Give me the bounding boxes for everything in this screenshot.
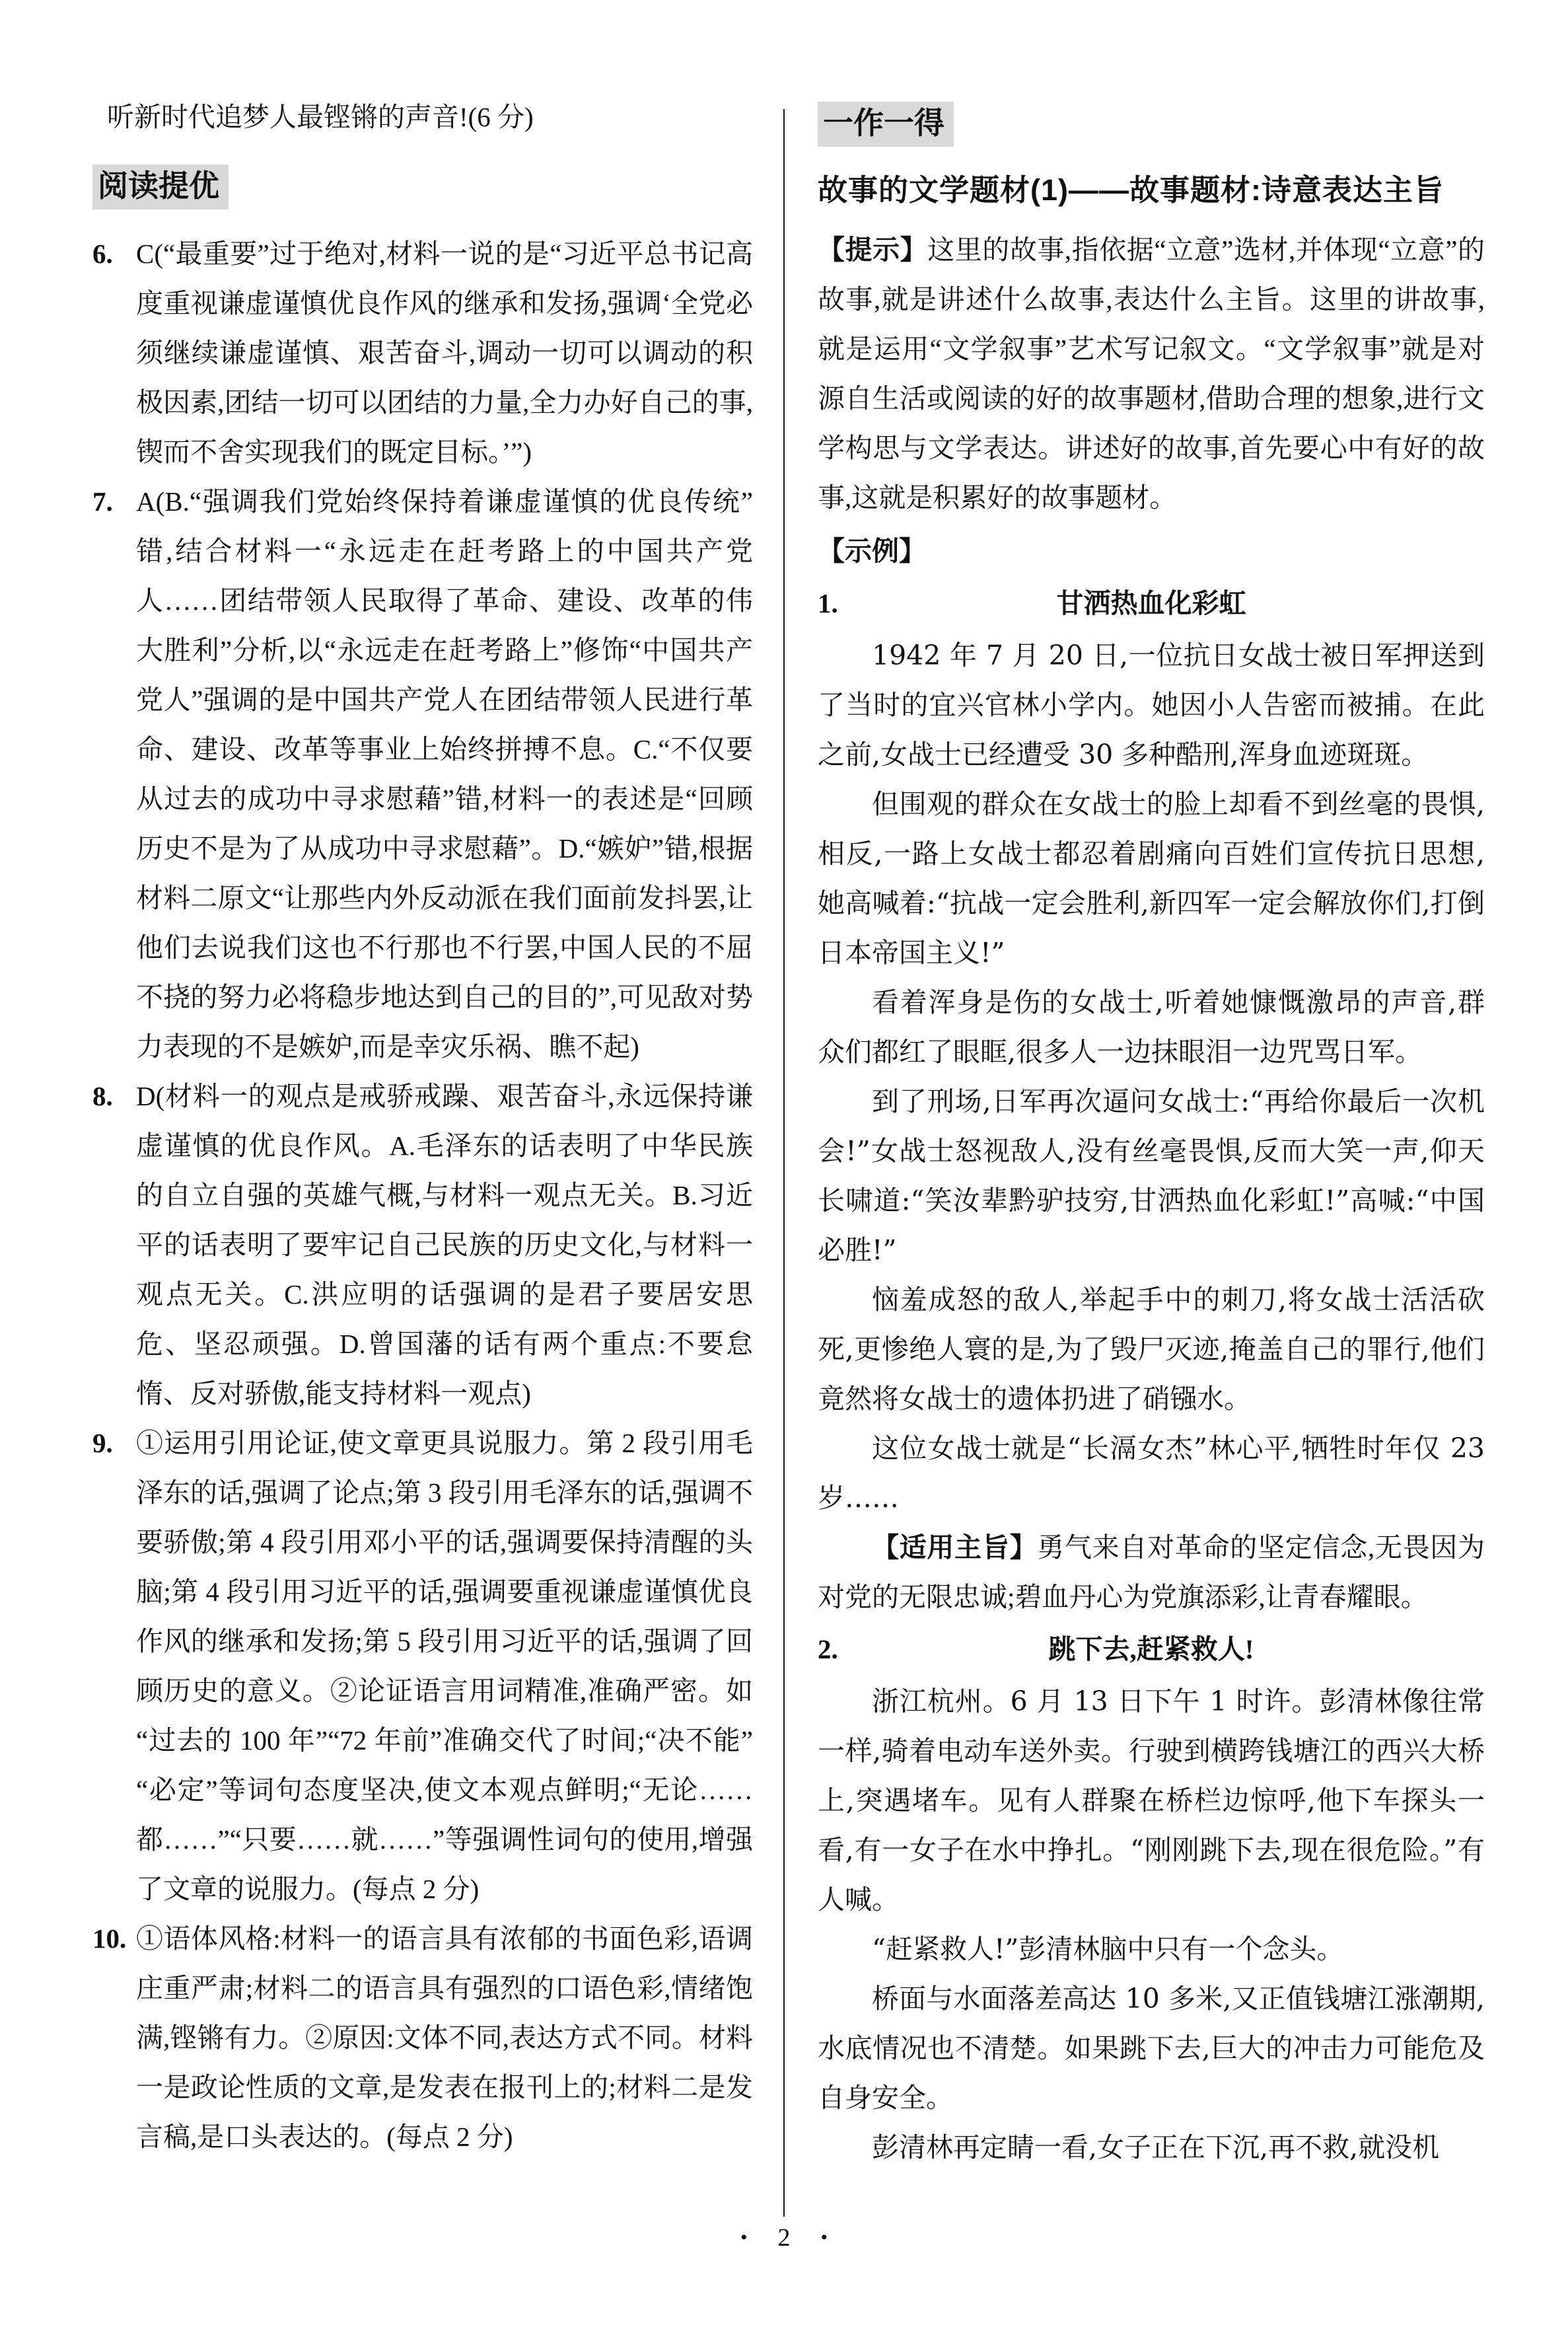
answer-item-9: 9. ①运用引用论证,使文章更具说服力。第 2 段引用毛泽东的话,强调了论点;第…: [92, 1419, 753, 1914]
carryover-line: 听新时代追梦人最铿锵的声音!(6 分): [92, 92, 753, 142]
column-divider: [783, 109, 785, 2217]
example-label: 【示例】: [818, 527, 1485, 576]
answer-item-6: 6. C(“最重要”过于绝对,材料一说的是“习近平总书记高度重视谦虚谨慎优良作风…: [92, 229, 753, 477]
story-number: 2.: [818, 1625, 838, 1674]
answer-number: 7.: [92, 477, 136, 527]
answer-number: 8.: [92, 1072, 136, 1121]
story-1-title: 甘洒热血化彩虹: [818, 579, 1485, 628]
page-number: 2: [778, 2225, 791, 2250]
page-footer: • 2 •: [0, 2225, 1568, 2250]
story-paragraph: 1942 年 7 月 20 日,一位抗日女战士被日军押送到了当时的宜兴官林小学内…: [818, 631, 1485, 780]
story-1-heading: 1. 甘洒热血化彩虹: [818, 579, 1485, 628]
story-paragraph: 但围观的群众在女战士的脸上却看不到丝毫的畏惧,相反,一路上女战士都忍着剧痛向百姓…: [818, 780, 1485, 978]
answer-number: 10.: [92, 1914, 136, 1964]
lesson-title: 故事的文学题材(1)——故事题材:诗意表达主旨: [818, 169, 1485, 211]
story-paragraph: 看着浑身是伤的女战士,听着她慷慨激昂的声音,群众们都红了眼眶,很多人一边抹眼泪一…: [818, 978, 1485, 1077]
left-column: 听新时代追梦人最铿锵的声音!(6 分) 阅读提优 6. C(“最重要”过于绝对,…: [92, 92, 753, 2162]
hint-paragraph: 【提示】这里的故事,指依据“立意”选材,并体现“立意”的故事,就是讲述什么故事,…: [818, 225, 1485, 523]
hint-text: 这里的故事,指依据“立意”选材,并体现“立意”的故事,就是讲述什么故事,表达什么…: [818, 235, 1485, 513]
answer-text: A(B.“强调我们党始终保持着谦虚谨慎的优良传统”错,结合材料一“永远走在赶考路…: [136, 477, 753, 1072]
theme-paragraph: 【适用主旨】勇气来自对革命的坚定信念,无畏因为对党的无限忠诚;碧血丹心为党旗添彩…: [818, 1523, 1485, 1622]
answer-item-8: 8. D(材料一的观点是戒骄戒躁、艰苦奋斗,永远保持谦虚谨慎的优良作风。A.毛泽…: [92, 1072, 753, 1419]
story-2-heading: 2. 跳下去,赶紧救人!: [818, 1625, 1485, 1674]
answer-list: 6. C(“最重要”过于绝对,材料一说的是“习近平总书记高度重视谦虚谨慎优良作风…: [92, 229, 753, 2162]
story-paragraph: 桥面与水面落差高达 10 多米,又正值钱塘江涨潮期,水底情况也不清楚。如果跳下去…: [818, 1974, 1485, 2123]
footer-right-dot: •: [821, 2228, 828, 2248]
answer-number: 6.: [92, 229, 136, 279]
story-paragraph: 彭清林再定睛一看,女子正在下沉,再不救,就没机: [818, 2123, 1485, 2172]
answer-item-7: 7. A(B.“强调我们党始终保持着谦虚谨慎的优良传统”错,结合材料一“永远走在…: [92, 477, 753, 1072]
answer-item-10: 10. ①语体风格:材料一的语言具有浓郁的书面色彩,语调庄重严肃;材料二的语言具…: [92, 1914, 753, 2162]
story-paragraph: “赶紧救人!”彭清林脑中只有一个念头。: [818, 1925, 1485, 1974]
section-badge-writing: 一作一得: [818, 102, 954, 147]
footer-left-dot: •: [740, 2228, 748, 2248]
story-paragraph: 浙江杭州。6 月 13 日下午 1 时许。彭清林像往常一样,骑着电动车送外卖。行…: [818, 1677, 1485, 1925]
answer-text: ①运用引用论证,使文章更具说服力。第 2 段引用毛泽东的话,强调了论点;第 3 …: [136, 1419, 753, 1914]
answer-text: ①语体风格:材料一的语言具有浓郁的书面色彩,语调庄重严肃;材料二的语言具有强烈的…: [136, 1914, 753, 2162]
story-paragraph: 到了刑场,日军再次逼问女战士:“再给你最后一次机会!”女战士怒视敌人,没有丝毫畏…: [818, 1077, 1485, 1275]
story-paragraph: 这位女战士就是“长滆女杰”林心平,牺牲时年仅 23 岁……: [818, 1424, 1485, 1523]
hint-label: 【提示】: [818, 235, 927, 265]
right-column: 一作一得 故事的文学题材(1)——故事题材:诗意表达主旨 【提示】这里的故事,指…: [818, 92, 1485, 2172]
workbook-answer-page: 听新时代追梦人最铿锵的声音!(6 分) 阅读提优 6. C(“最重要”过于绝对,…: [0, 0, 1568, 2325]
theme-label: 【适用主旨】: [872, 1532, 1037, 1563]
answer-text: C(“最重要”过于绝对,材料一说的是“习近平总书记高度重视谦虚谨慎优良作风的继承…: [136, 229, 753, 477]
story-2-title: 跳下去,赶紧救人!: [818, 1625, 1485, 1674]
answer-text: D(材料一的观点是戒骄戒躁、艰苦奋斗,永远保持谦虚谨慎的优良作风。A.毛泽东的话…: [136, 1072, 753, 1419]
story-number: 1.: [818, 579, 838, 628]
section-badge-reading: 阅读提优: [92, 165, 229, 209]
story-paragraph: 恼羞成怒的敌人,举起手中的刺刀,将女战士活活砍死,更惨绝人寰的是,为了毁尸灭迹,…: [818, 1275, 1485, 1424]
answer-number: 9.: [92, 1419, 136, 1468]
